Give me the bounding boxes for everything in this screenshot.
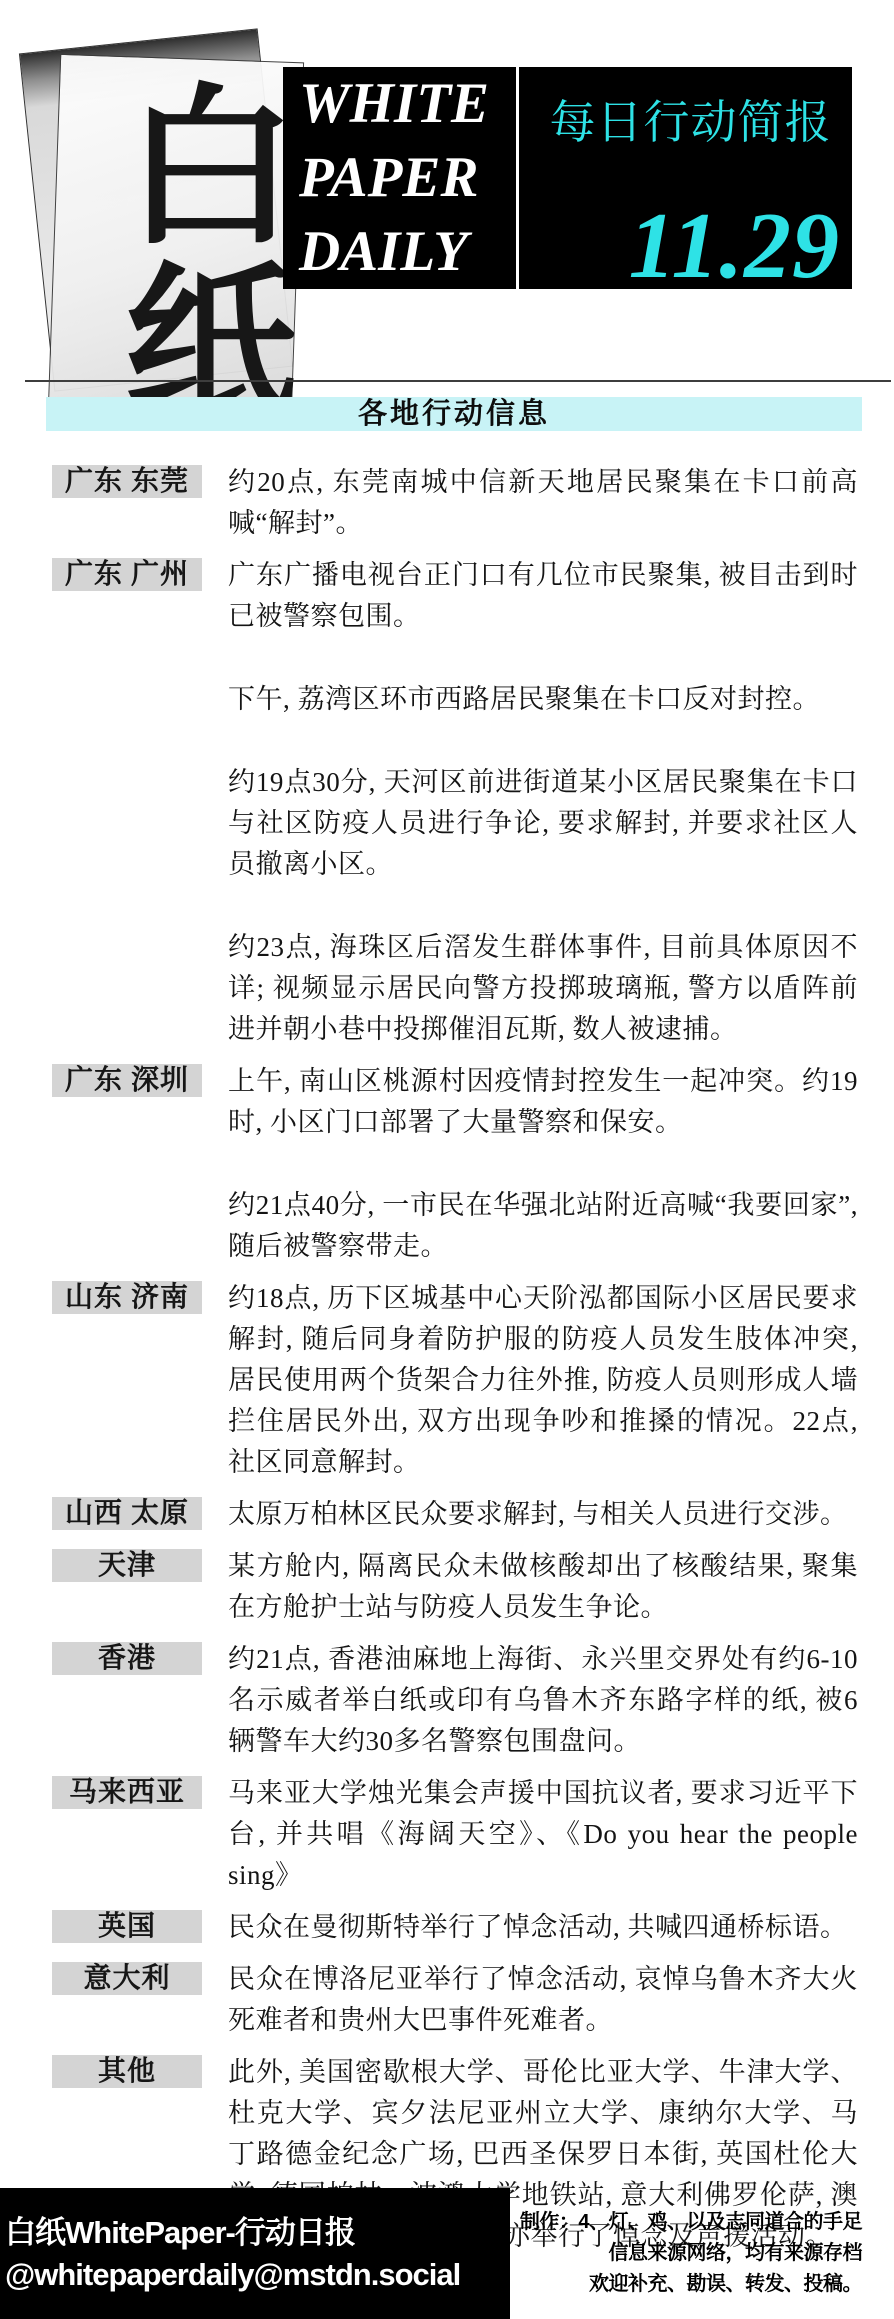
report-paragraph: 约23点, 海珠区后滘发生群体事件, 目前具体原因不详; 视频显示居民向警方投掷… <box>228 927 858 1050</box>
region-label: 山西 太原 <box>52 1497 202 1530</box>
whitepaper-daily-poster: 白纸 WHITE PAPER DAILY 每日行动简报 11.29 各地行动信息… <box>0 0 894 2319</box>
report-row: 天津某方舱内, 隔离民众未做核酸却出了核酸结果, 聚集在方舱护士站与防疫人员发生… <box>52 1546 858 1628</box>
credits-sources: 信息来源网络，均有来源存档 <box>515 2238 862 2269</box>
report-body: 马来亚大学烛光集会声援中国抗议者, 要求习近平下台, 并共唱《海阔天空》、《Do… <box>228 1773 858 1896</box>
masthead-english-title: WHITE PAPER DAILY <box>283 67 516 289</box>
report-row: 意大利民众在博洛尼亚举行了悼念活动, 哀悼乌鲁木齐大火死难者和贵州大巴事件死难者… <box>52 1959 858 2041</box>
report-paragraph: 约19点30分, 天河区前进街道某小区居民聚集在卡口与社区防疫人员进行争论, 要… <box>228 762 858 885</box>
report-paragraph: 民众在博洛尼亚举行了悼念活动, 哀悼乌鲁木齐大火死难者和贵州大巴事件死难者。 <box>228 1959 858 2041</box>
report-body: 民众在博洛尼亚举行了悼念活动, 哀悼乌鲁木齐大火死难者和贵州大巴事件死难者。 <box>228 1959 858 2041</box>
report-list: 广东 东莞约20点, 东莞南城中信新天地居民聚集在卡口前高喊“解封”。广东 广州… <box>52 462 858 2268</box>
section-title-banner: 各地行动信息 <box>46 397 862 431</box>
horizontal-divider <box>25 380 891 382</box>
credits-welcome: 欢迎补充、勘误、转发、投稿。 <box>515 2269 862 2300</box>
credits-makers: 制作：4、灯、鸡、以及志同道合的手足 <box>515 2207 862 2238</box>
region-label: 意大利 <box>52 1962 202 1995</box>
region-label: 广东 深圳 <box>52 1064 202 1097</box>
footer-brand-name: 白纸WhitePaper-行动日报 <box>5 2212 510 2254</box>
region-label: 广东 东莞 <box>52 465 202 498</box>
masthead-line-paper: PAPER <box>299 141 516 215</box>
issue-date: 11.29 <box>629 199 840 293</box>
report-row: 广东 深圳上午, 南山区桃源村因疫情封控发生一起冲突。约19时, 小区门口部署了… <box>52 1061 858 1267</box>
report-body: 约18点, 历下区城基中心天阶泓都国际小区居民要求解封, 随后同身着防护服的防疫… <box>228 1278 858 1483</box>
white-paper-logo: 白纸 <box>8 18 310 433</box>
report-paragraph: 上午, 南山区桃源村因疫情封控发生一起冲突。约19时, 小区门口部署了大量警察和… <box>228 1061 858 1143</box>
report-row: 广东 东莞约20点, 东莞南城中信新天地居民聚集在卡口前高喊“解封”。 <box>52 462 858 544</box>
report-paragraph: 约21点40分, 一市民在华强北站附近高喊“我要回家”, 随后被警察带走。 <box>228 1185 858 1267</box>
region-label: 其他 <box>52 2055 202 2088</box>
report-row: 广东 广州广东广播电视台正门口有几位市民聚集, 被目击到时已被警察包围。下午, … <box>52 555 858 1050</box>
report-paragraph: 马来亚大学烛光集会声援中国抗议者, 要求习近平下台, 并共唱《海阔天空》、《Do… <box>228 1773 858 1896</box>
report-body: 某方舱内, 隔离民众未做核酸却出了核酸结果, 聚集在方舱护士站与防疫人员发生争论… <box>228 1546 858 1628</box>
footer-credits: 制作：4、灯、鸡、以及志同道合的手足 信息来源网络，均有来源存档 欢迎补充、勘误… <box>515 2188 862 2319</box>
report-paragraph: 约20点, 东莞南城中信新天地居民聚集在卡口前高喊“解封”。 <box>228 462 858 544</box>
report-row: 山东 济南约18点, 历下区城基中心天阶泓都国际小区居民要求解封, 随后同身着防… <box>52 1278 858 1483</box>
report-body: 广东广播电视台正门口有几位市民聚集, 被目击到时已被警察包围。下午, 荔湾区环市… <box>228 555 858 1050</box>
report-paragraph: 广东广播电视台正门口有几位市民聚集, 被目击到时已被警察包围。 <box>228 555 858 637</box>
footer-brand-box: 白纸WhitePaper-行动日报 @whitepaperdaily@mstdn… <box>0 2188 510 2319</box>
report-row: 英国民众在曼彻斯特举行了悼念活动, 共喊四通桥标语。 <box>52 1907 858 1948</box>
report-body: 民众在曼彻斯特举行了悼念活动, 共喊四通桥标语。 <box>228 1907 858 1948</box>
masthead-line-daily: DAILY <box>299 215 516 289</box>
region-label: 马来西亚 <box>52 1776 202 1809</box>
report-paragraph: 下午, 荔湾区环市西路居民聚集在卡口反对封控。 <box>228 679 858 720</box>
logo-characters: 白纸 <box>108 76 280 432</box>
region-label: 天津 <box>52 1549 202 1582</box>
report-body: 约20点, 东莞南城中信新天地居民聚集在卡口前高喊“解封”。 <box>228 462 858 544</box>
region-label: 山东 济南 <box>52 1281 202 1314</box>
report-paragraph: 约18点, 历下区城基中心天阶泓都国际小区居民要求解封, 随后同身着防护服的防疫… <box>228 1278 858 1483</box>
report-paragraph: 太原万柏林区民众要求解封, 与相关人员进行交涉。 <box>228 1494 858 1535</box>
report-body: 约21点, 香港油麻地上海街、永兴里交界处有约6-10名示威者举白纸或印有乌鲁木… <box>228 1639 858 1762</box>
daily-briefing-subtitle: 每日行动简报 <box>519 100 852 146</box>
report-row: 香港约21点, 香港油麻地上海街、永兴里交界处有约6-10名示威者举白纸或印有乌… <box>52 1639 858 1762</box>
report-row: 山西 太原太原万柏林区民众要求解封, 与相关人员进行交涉。 <box>52 1494 858 1535</box>
region-label: 香港 <box>52 1642 202 1675</box>
report-body: 上午, 南山区桃源村因疫情封控发生一起冲突。约19时, 小区门口部署了大量警察和… <box>228 1061 858 1267</box>
report-paragraph: 约21点, 香港油麻地上海街、永兴里交界处有约6-10名示威者举白纸或印有乌鲁木… <box>228 1639 858 1762</box>
report-paragraph: 民众在曼彻斯特举行了悼念活动, 共喊四通桥标语。 <box>228 1907 858 1948</box>
masthead-line-white: WHITE <box>299 67 516 141</box>
report-paragraph: 某方舱内, 隔离民众未做核酸却出了核酸结果, 聚集在方舱护士站与防疫人员发生争论… <box>228 1546 858 1628</box>
masthead-date-box: 每日行动简报 11.29 <box>519 67 852 289</box>
region-label: 英国 <box>52 1910 202 1943</box>
footer-mastodon-handle: @whitepaperdaily@mstdn.social <box>5 2254 510 2296</box>
report-row: 马来西亚马来亚大学烛光集会声援中国抗议者, 要求习近平下台, 并共唱《海阔天空》… <box>52 1773 858 1896</box>
report-body: 太原万柏林区民众要求解封, 与相关人员进行交涉。 <box>228 1494 858 1535</box>
region-label: 广东 广州 <box>52 558 202 591</box>
